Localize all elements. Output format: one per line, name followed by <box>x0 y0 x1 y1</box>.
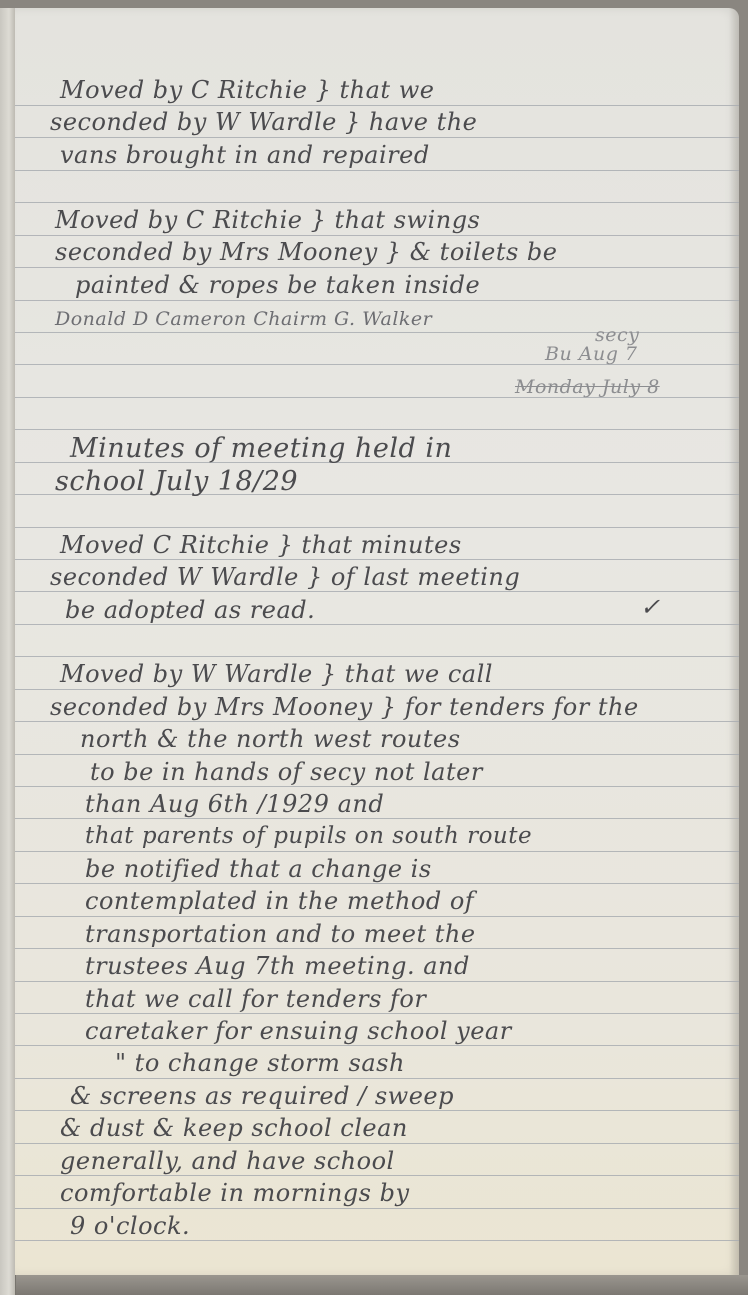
motion-1-moved-line: Moved by C Ritchie } that we <box>60 76 434 104</box>
ruled-line <box>15 656 739 657</box>
ruled-line <box>15 818 739 819</box>
minutes-heading-line-2: school July 18/29 <box>55 466 298 497</box>
motion-4-body-line: than Aug 6th /1929 and <box>85 790 384 818</box>
motion-3-moved-line: Moved C Ritchie } that minutes <box>60 531 462 559</box>
motion-4-moved-line: Moved by W Wardle } that we call <box>60 660 493 688</box>
motion-1-body-line: vans brought in and repaired <box>60 141 430 169</box>
motion-4-body-line: caretaker for ensuing school year <box>85 1017 512 1045</box>
motion-4-body-line: trustees Aug 7th meeting. and <box>85 952 470 980</box>
ruled-line <box>15 851 739 852</box>
ruled-line <box>15 1143 739 1144</box>
ruled-line <box>15 883 739 884</box>
ruled-line <box>15 754 739 755</box>
ruled-line <box>15 689 739 690</box>
minutes-heading-line-1: Minutes of meeting held in <box>70 433 452 464</box>
signature-line: Donald D Cameron Chairm G. Walker <box>55 308 432 330</box>
motion-4-body-line: that parents of pupils on south route <box>85 823 532 849</box>
motion-4-body-line: 9 o'clock. <box>70 1212 190 1240</box>
ruled-line <box>15 429 739 430</box>
ruled-line <box>15 1045 739 1046</box>
ruled-line <box>15 137 739 138</box>
motion-4-seconded-line: seconded by Mrs Mooney } for tenders for… <box>50 693 639 721</box>
motion-4-body-line: & dust & keep school clean <box>60 1114 408 1142</box>
motion-4-body-line: comfortable in mornings by <box>60 1179 410 1207</box>
ruled-line <box>15 1013 739 1014</box>
motion-3-seconded-line: seconded W Wardle } of last meeting <box>50 563 520 591</box>
ruled-line <box>15 202 739 203</box>
motion-4-body-line: contemplated in the method of <box>85 887 474 915</box>
motion-2-seconded-line: seconded by Mrs Mooney } & toilets be <box>55 238 557 266</box>
ruled-line <box>15 559 739 560</box>
ruled-line <box>15 1208 739 1209</box>
ruled-line <box>15 300 739 301</box>
ruled-line <box>15 981 739 982</box>
table-surface <box>0 1275 748 1295</box>
ruled-line <box>15 1240 739 1241</box>
motion-1-seconded-line: seconded by W Wardle } have the <box>50 108 477 136</box>
ruled-line <box>15 1110 739 1111</box>
ruled-line <box>15 1175 739 1176</box>
previous-page-edge <box>0 8 16 1295</box>
notebook-page: Moved by C Ritchie } that we seconded by… <box>15 8 739 1275</box>
motion-2-body-line: painted & ropes be taken inside <box>75 271 480 299</box>
ruled-line <box>15 916 739 917</box>
motion-4-body-line: be notified that a change is <box>85 855 432 883</box>
ruled-line <box>15 624 739 625</box>
ruled-line <box>15 527 739 528</box>
struck-annotation-july-8: Monday July 8 <box>515 376 660 398</box>
ruled-line <box>15 235 739 236</box>
annotation-aug-7: Bu Aug 7 <box>545 343 638 365</box>
motion-4-body-line: to be in hands of secy not later <box>90 758 483 786</box>
motion-4-body-line: north & the north west routes <box>80 725 461 753</box>
motion-4-body-line: & screens as required / sweep <box>70 1082 454 1110</box>
motion-3-body-line: be adopted as read. <box>65 596 315 624</box>
motion-4-body-line: that we call for tenders for <box>85 985 426 1013</box>
motion-4-body-line: " to change storm sash <box>115 1049 405 1077</box>
motion-4-body-line: generally, and have school <box>60 1147 395 1175</box>
ruled-line <box>15 170 739 171</box>
checkmark-icon: ✓ <box>640 593 661 621</box>
ruled-line <box>15 786 739 787</box>
ruled-line <box>15 267 739 268</box>
ruled-line <box>15 721 739 722</box>
motion-4-body-line: transportation and to meet the <box>85 920 476 948</box>
ruled-line <box>15 1078 739 1079</box>
ruled-line <box>15 105 739 106</box>
ruled-line <box>15 948 739 949</box>
motion-2-moved-line: Moved by C Ritchie } that swings <box>55 206 480 234</box>
page-right-edge <box>729 8 739 1275</box>
ruled-line <box>15 591 739 592</box>
